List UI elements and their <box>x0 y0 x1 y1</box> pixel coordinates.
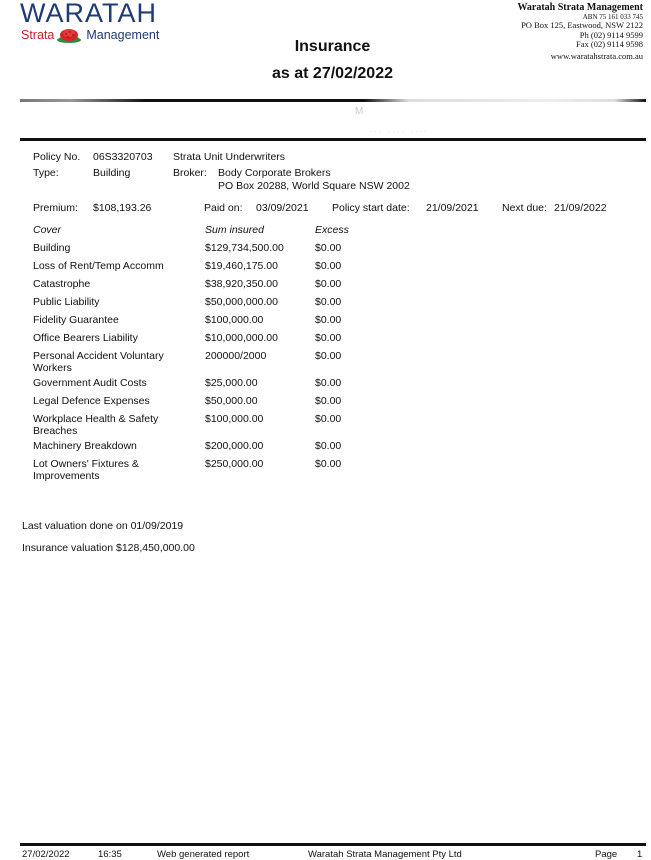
sum-insured: $38,920,350.00 <box>205 278 278 290</box>
excess-value: $0.00 <box>315 413 341 425</box>
type-value: Building <box>93 167 130 179</box>
next-due-value: 21/09/2022 <box>554 202 607 214</box>
excess-value: $0.00 <box>315 314 341 326</box>
footer-company: Waratah Strata Management Pty Ltd <box>308 849 462 860</box>
faded-header-subtext: ... .... .... <box>370 124 429 134</box>
sum-insured: $129,734,500.00 <box>205 242 284 254</box>
footer-page-label: Page <box>595 849 617 860</box>
policy-start-value: 21/09/2021 <box>426 202 479 214</box>
excess-value: $0.00 <box>315 242 341 254</box>
cover-name: Catastrophe <box>33 278 183 290</box>
sum-insured: $25,000.00 <box>205 377 258 389</box>
sum-insured: 200000/2000 <box>205 350 266 362</box>
logo-wordmark: WARATAH <box>20 0 157 29</box>
sum-insured: $10,000,000.00 <box>205 332 278 344</box>
page-subtitle: as at 27/02/2022 <box>0 65 651 83</box>
policy-no-value: 06S3320703 <box>93 151 153 163</box>
excess-value: $0.00 <box>315 260 341 272</box>
cover-name: Workplace Health & Safety Breaches <box>33 413 183 437</box>
paid-on-label: Paid on: <box>204 202 243 214</box>
footer-date: 27/02/2022 <box>22 849 70 860</box>
excess-value: $0.00 <box>315 395 341 407</box>
cover-name: Legal Defence Expenses <box>33 395 183 407</box>
type-label: Type: <box>33 167 59 179</box>
insurer-name: Strata Unit Underwriters <box>173 151 285 163</box>
cover-name: Government Audit Costs <box>33 377 183 389</box>
paid-on-value: 03/09/2021 <box>256 202 309 214</box>
sum-insured: $200,000.00 <box>205 440 263 452</box>
last-valuation: Last valuation done on 01/09/2019 <box>22 520 183 532</box>
cover-name: Fidelity Guarantee <box>33 314 183 326</box>
footer-page-number: 1 <box>637 849 642 860</box>
broker-name: Body Corporate Brokers <box>218 167 331 179</box>
cover-name: Building <box>33 242 183 254</box>
sum-insured: $100,000.00 <box>205 314 263 326</box>
footer-time: 16:35 <box>98 849 122 860</box>
broker-label: Broker: <box>173 167 207 179</box>
sum-insured: $50,000.00 <box>205 395 258 407</box>
section-divider <box>20 138 646 141</box>
sum-insured: $19,460,175.00 <box>205 260 278 272</box>
policy-start-label: Policy start date: <box>332 202 410 214</box>
excess-value: $0.00 <box>315 377 341 389</box>
cover-name: Public Liability <box>33 296 183 308</box>
sum-insured: $250,000.00 <box>205 458 263 470</box>
sum-insured-header: Sum insured <box>205 224 264 236</box>
sum-insured: $50,000,000.00 <box>205 296 278 308</box>
premium-label: Premium: <box>33 202 78 214</box>
policy-no-label: Policy No. <box>33 151 80 163</box>
excess-header: Excess <box>315 224 349 236</box>
excess-value: $0.00 <box>315 278 341 290</box>
cover-name: Loss of Rent/Temp Accomm <box>33 260 183 272</box>
cover-name: Machinery Breakdown <box>33 440 183 452</box>
excess-value: $0.00 <box>315 296 341 308</box>
broker-address: PO Box 20288, World Square NSW 2002 <box>218 180 410 192</box>
premium-value: $108,193.26 <box>93 202 151 214</box>
cover-header: Cover <box>33 224 183 236</box>
cover-name: Personal Accident Voluntary Workers <box>33 350 183 374</box>
excess-value: $0.00 <box>315 440 341 452</box>
faded-header-text: M <box>355 106 363 117</box>
footer-divider <box>20 843 646 846</box>
excess-value: $0.00 <box>315 332 341 344</box>
insurance-valuation: Insurance valuation $128,450,000.00 <box>22 542 195 554</box>
excess-value: $0.00 <box>315 458 341 470</box>
cover-name: Office Bearers Liability <box>33 332 183 344</box>
header-divider <box>20 99 646 102</box>
next-due-label: Next due: <box>502 202 547 214</box>
footer-generated: Web generated report <box>157 849 249 860</box>
cover-name: Lot Owners' Fixtures & Improvements <box>33 458 183 482</box>
page-title: Insurance <box>0 38 651 56</box>
sum-insured: $100,000.00 <box>205 413 263 425</box>
excess-value: $0.00 <box>315 350 341 362</box>
company-name: Waratah Strata Management <box>517 2 643 13</box>
